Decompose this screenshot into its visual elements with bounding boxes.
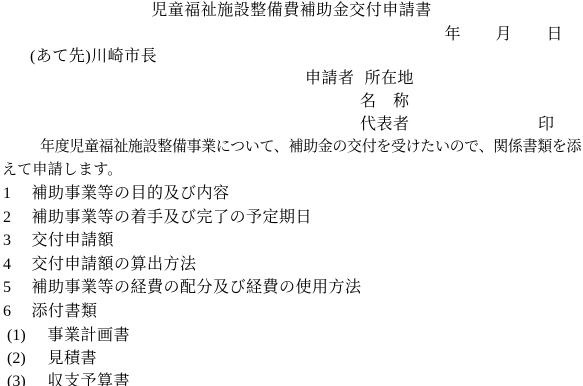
attachment-item-number: (1) (7, 327, 43, 344)
applicant-name-label: 名 称 (360, 93, 410, 110)
list-item-1: 1 補助事業等の目的及び内容 (0, 185, 583, 202)
list-item-4: 4 交付申請額の算出方法 (0, 256, 583, 273)
applicant-label: 申請者 (305, 70, 360, 87)
list-item-text: 添付書類 (32, 303, 98, 320)
applicant-address-label: 所在地 (365, 70, 415, 87)
date-line: 年 月 日 (0, 26, 583, 43)
applicant-representative-label: 代表者 (360, 116, 410, 133)
list-item-text: 補助事業等の目的及び内容 (32, 185, 230, 202)
list-item-text: 交付申請額の算出方法 (32, 256, 197, 273)
attachment-item-3: (3) 収支予算書 (0, 373, 583, 386)
seal-mark: 印 (538, 116, 555, 133)
list-item-number: 1 (3, 185, 27, 202)
document-title: 児童福祉施設整備費補助金交付申請書 (0, 2, 583, 19)
applicant-representative-row: 代表者 印 (0, 116, 583, 133)
list-item-text: 補助事業等の経費の配分及び経費の使用方法 (32, 279, 362, 296)
addressee: (あて先)川崎市長 (0, 48, 583, 65)
attachment-item-2: (2) 見積書 (0, 350, 583, 367)
applicant-address-row: 申請者 所在地 (0, 70, 583, 87)
body-paragraph-line-2: えて申請します。 (0, 162, 583, 179)
list-item-3: 3 交付申請額 (0, 232, 583, 249)
list-item-text: 交付申請額 (32, 232, 115, 249)
body-paragraph-line-1: 年度児童福祉施設整備事業について、補助金の交付を受けたいので、関係書類を添 (0, 139, 583, 156)
year-label: 年 (444, 26, 461, 43)
attachment-item-text: 見積書 (48, 350, 98, 367)
list-item-text: 補助事業等の着手及び完了の予定期日 (32, 209, 313, 226)
application-form-document: 児童福祉施設整備費補助金交付申請書 年 月 日 (あて先)川崎市長 申請者 所在… (0, 0, 583, 386)
list-item-6: 6 添付書類 (0, 303, 583, 320)
list-item-number: 4 (3, 256, 27, 273)
attachment-item-text: 収支予算書 (48, 373, 131, 386)
list-item-5: 5 補助事業等の経費の配分及び経費の使用方法 (0, 279, 583, 296)
list-item-number: 6 (3, 303, 27, 320)
list-item-number: 2 (3, 209, 27, 226)
attachment-item-number: (2) (7, 350, 43, 367)
attachment-item-text: 事業計画書 (48, 327, 131, 344)
applicant-name-row: 名 称 (0, 93, 583, 110)
month-label: 月 (495, 26, 512, 43)
attachment-item-number: (3) (7, 373, 43, 386)
list-item-number: 3 (3, 232, 27, 249)
list-item-2: 2 補助事業等の着手及び完了の予定期日 (0, 209, 583, 226)
list-item-number: 5 (3, 279, 27, 296)
attachment-item-1: (1) 事業計画書 (0, 327, 583, 344)
day-label: 日 (546, 26, 563, 43)
